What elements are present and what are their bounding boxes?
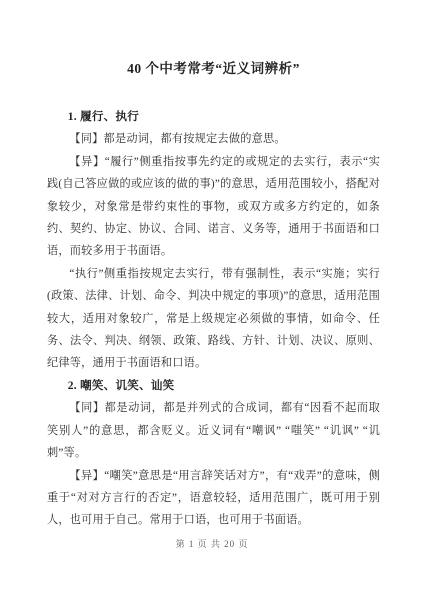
section-1: 1. 履行、执行 【同】都是动词，都有按规定去做的意思。 【异】“履行”侧重指按… — [47, 106, 380, 375]
paragraph: 【同】都是动词，都是并列式的合成词，都有“因看不起而取笑别人”的意思，都含贬义。… — [47, 397, 380, 464]
page-number: 第 1 页 共 20 页 — [0, 537, 424, 551]
page-content-area: 40 个中考常考“近义词辨析” 1. 履行、执行 【同】都是动词，都有按规定去做… — [0, 0, 424, 532]
page-title: 40 个中考常考“近义词辨析” — [47, 60, 380, 78]
document-body: 1. 履行、执行 【同】都是动词，都有按规定去做的意思。 【异】“履行”侧重指按… — [47, 106, 380, 532]
section-heading: 2. 嘲笑、讥笑、讪笑 — [47, 375, 380, 397]
paragraph: 【异】“履行”侧重指按事先约定的或规定的去实行，表示“实践(自己答应做的或应该的… — [47, 151, 380, 263]
paragraph: 【同】都是动词，都有按规定去做的意思。 — [47, 128, 380, 150]
paragraph: “执行”侧重指按规定去实行，带有强制性，表示“实施；实行(政策、法律、计划、命令… — [47, 263, 380, 375]
paragraph: 【异】“嘲笑”意思是“用言辞笑话对方”，有“戏弄”的意味，侧重于“对对方言行的否… — [47, 465, 380, 532]
section-heading: 1. 履行、执行 — [47, 106, 380, 128]
document-page: 40 个中考常考“近义词辨析” 1. 履行、执行 【同】都是动词，都有按规定去做… — [0, 0, 424, 600]
section-2: 2. 嘲笑、讥笑、讪笑 【同】都是动词，都是并列式的合成词，都有“因看不起而取笑… — [47, 375, 380, 532]
